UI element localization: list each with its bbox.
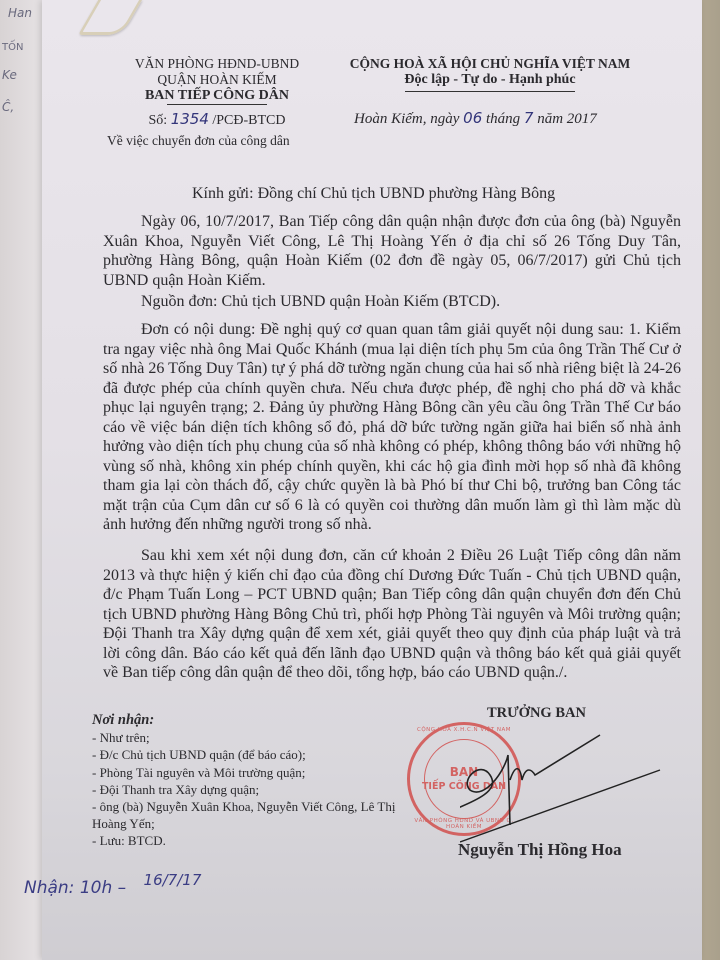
national-motto: Độc lập - Tự do - Hạnh phúc (330, 72, 650, 88)
issuer-header: VĂN PHÒNG HĐND-UBND QUẬN HOÀN KIẾM BAN T… (102, 56, 332, 129)
distribution-item: - Lưu: BTCD. (92, 832, 422, 849)
national-header: CỘNG HOÀ XÃ HỘI CHỦ NGHĨA VIỆT NAM Độc l… (330, 56, 650, 92)
distribution-item: - ông (bà) Nguyễn Xuân Khoa, Nguyễn Viết… (92, 798, 422, 832)
country-name: CỘNG HOÀ XÃ HỘI CHỦ NGHĨA VIỆT NAM (330, 56, 650, 72)
subject-line: Về việc chuyển đơn của công dân (107, 133, 290, 149)
edge-note: TỐN (2, 42, 23, 53)
recipient-line: Kính gửi: Đồng chí Chủ tịch UBND phường … (192, 185, 555, 203)
edge-note: Ĉ, (2, 100, 14, 114)
distribution-item: - Như trên; (92, 729, 422, 746)
handwritten-number: 1354 (171, 110, 209, 128)
issuer-line-1: VĂN PHÒNG HĐND-UBND (102, 56, 332, 72)
handwritten-day: 06 (463, 109, 482, 127)
distribution-item: - Đội Thanh tra Xây dựng quận; (92, 781, 422, 798)
handwritten-month: 7 (524, 109, 534, 127)
document-number: Số: 1354 /PCĐ-BTCD (102, 111, 332, 129)
handwritten-receipt-note: Nhận: 10h – 16/7/17 (24, 878, 201, 898)
distribution-item: - Phòng Tài nguyên và Môi trường quận; (92, 764, 422, 781)
signer-name: Nguyễn Thị Hồng Hoa (458, 840, 622, 860)
edge-note: Ke (2, 68, 17, 82)
divider (405, 91, 575, 92)
paragraph-source: Nguồn đơn: Chủ tịch UBND quận Hoàn Kiếm … (103, 292, 681, 312)
paragraph-content: Đơn có nội dung: Đề nghị quý cơ quan qua… (103, 320, 681, 535)
place-date: Hoàn Kiếm, ngày 06 tháng 7 năm 2017 (354, 109, 597, 128)
paragraph-decision: Sau khi xem xét nội dung đơn, căn cứ kho… (103, 546, 681, 683)
issuer-line-2: QUẬN HOÀN KIẾM (102, 72, 332, 88)
paragraph-received: Ngày 06, 10/7/2017, Ban Tiếp công dân qu… (103, 212, 681, 290)
distribution-item: - Đ/c Chủ tịch UBND quận (để báo cáo); (92, 746, 422, 763)
distribution-list: Nơi nhận: - Như trên; - Đ/c Chủ tịch UBN… (92, 712, 422, 850)
distribution-title: Nơi nhận: (92, 712, 422, 729)
edge-note: Han (8, 6, 32, 20)
handwritten-date: 16/7/17 (144, 871, 202, 889)
issuer-line-3: BAN TIẾP CÔNG DÂN (102, 88, 332, 104)
divider (167, 104, 267, 105)
signer-title: TRƯỞNG BAN (487, 705, 586, 722)
